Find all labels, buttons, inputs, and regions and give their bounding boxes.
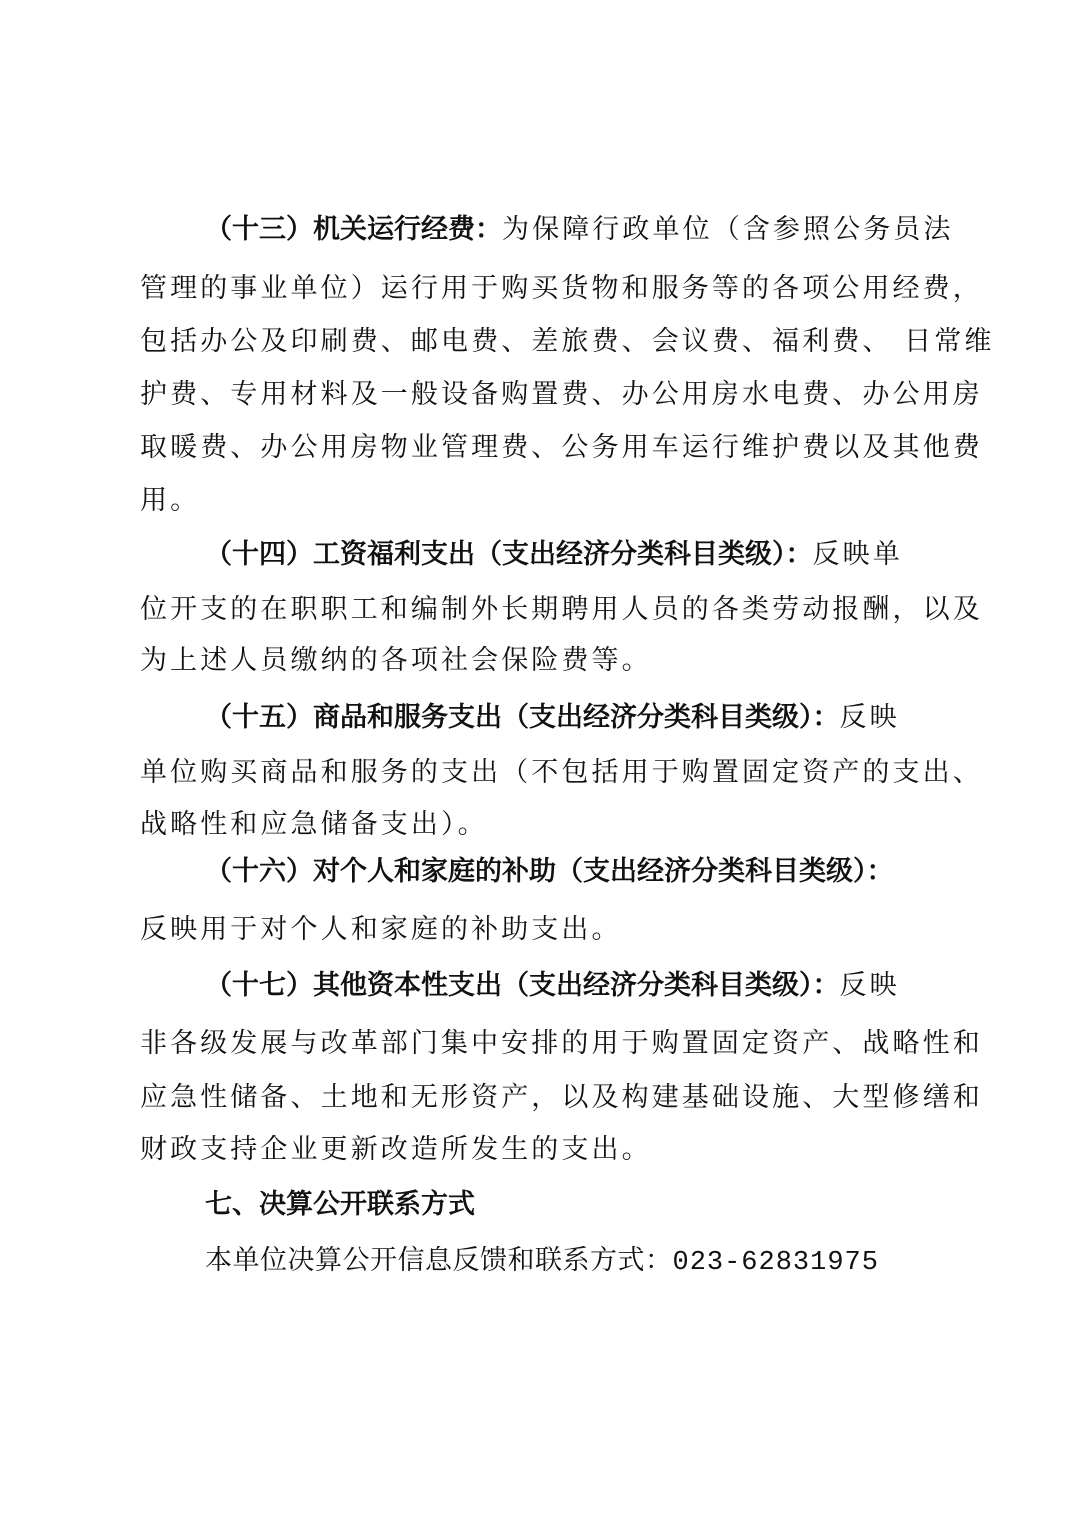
- section-16-heading: （十六）对个人和家庭的补助（支出经济分类科目类级）：: [205, 856, 894, 887]
- section-13-line: 用。: [140, 484, 200, 518]
- contact-phone: 023-62831975: [673, 1248, 879, 1278]
- contact-label: 本单位决算公开信息反馈和联系方式：: [205, 1245, 673, 1276]
- section-15-heading: （十五）商品和服务支出（支出经济分类科目类级）：: [205, 702, 840, 733]
- section-15-line: 战略性和应急储备支出）。: [140, 808, 488, 842]
- section-15-first-line: （十五）商品和服务支出（支出经济分类科目类级）：反映: [205, 700, 900, 735]
- section-13-line: 包括办公及印刷费、邮电费、差旅费、会议费、福利费、 日常维: [140, 325, 994, 359]
- contact-line: 本单位决算公开信息反馈和联系方式：023-62831975: [205, 1243, 879, 1280]
- section-16-first-line: （十六）对个人和家庭的补助（支出经济分类科目类级）：: [205, 854, 894, 889]
- section-17-heading: （十七）其他资本性支出（支出经济分类科目类级）：: [205, 970, 840, 1001]
- section-13-first-line: （十三）机关运行经费：为保障行政单位（含参照公务员法: [205, 212, 954, 247]
- section-14-line: 为上述人员缴纳的各项社会保险费等。: [140, 644, 652, 678]
- section-14-text: 反映单: [813, 539, 903, 570]
- section-17-line: 非各级发展与改革部门集中安排的用于购置固定资产、战略性和: [140, 1027, 983, 1061]
- section-17-text: 反映: [840, 970, 900, 1001]
- section-17-first-line: （十七）其他资本性支出（支出经济分类科目类级）：反映: [205, 968, 900, 1003]
- section-14-first-line: （十四）工资福利支出（支出经济分类科目类级）：反映单: [205, 537, 903, 572]
- section-14-heading: （十四）工资福利支出（支出经济分类科目类级）：: [205, 539, 813, 570]
- section-13-line: 取暖费、办公用房物业管理费、公务用车运行维护费以及其他费: [140, 431, 983, 465]
- section-13-line: 护费、专用材料及一般设备购置费、办公用房水电费、办公用房: [140, 378, 983, 412]
- chapter-7-heading: 七、决算公开联系方式: [205, 1188, 475, 1222]
- section-17-line: 应急性储备、土地和无形资产，以及构建基础设施、大型修缮和: [140, 1081, 983, 1115]
- section-16-line: 反映用于对个人和家庭的补助支出。: [140, 913, 622, 947]
- section-15-line: 单位购买商品和服务的支出（不包括用于购置固定资产的支出、: [140, 756, 983, 790]
- section-13-text: 为保障行政单位（含参照公务员法: [502, 214, 954, 245]
- section-13-heading: （十三）机关运行经费：: [205, 214, 502, 245]
- section-15-text: 反映: [840, 702, 900, 733]
- section-13-line: 管理的事业单位）运行用于购买货物和服务等的各项公用经费，: [140, 272, 983, 306]
- section-17-line: 财政支持企业更新改造所发生的支出。: [140, 1133, 652, 1167]
- section-14-line: 位开支的在职职工和编制外长期聘用人员的各类劳动报酬，以及: [140, 593, 983, 627]
